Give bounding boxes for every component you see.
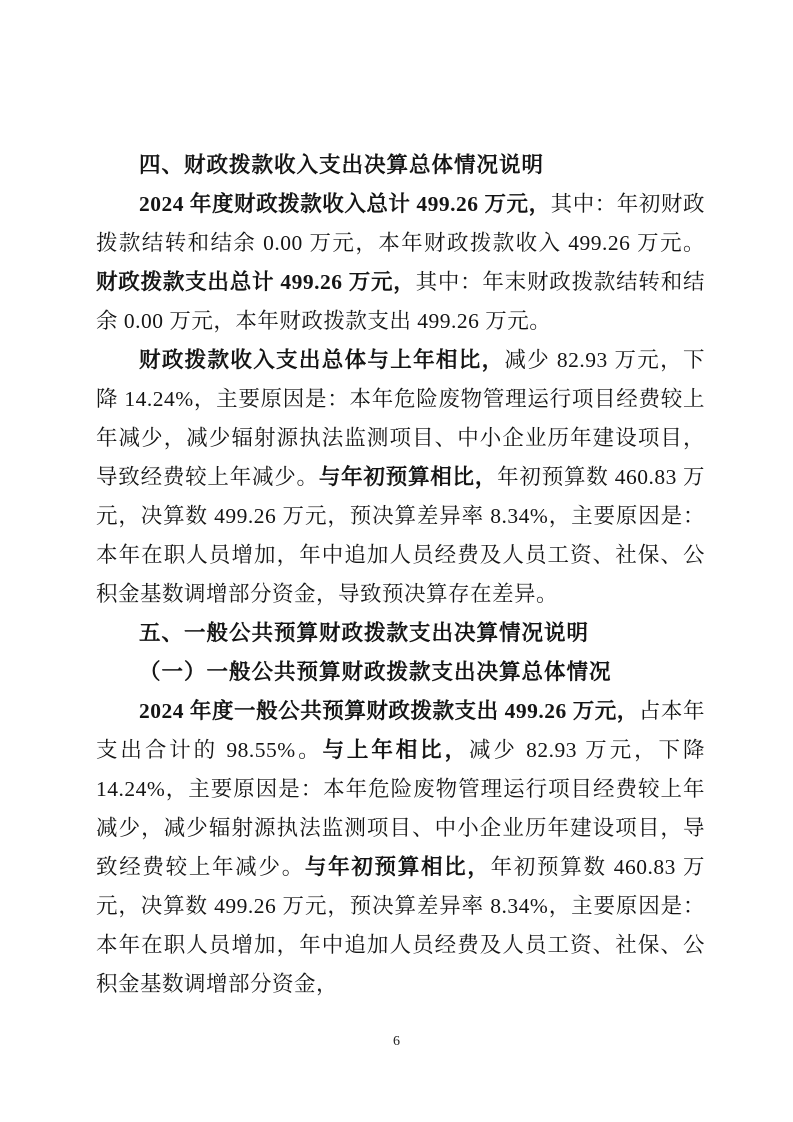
- text-run-bold: 财政拨款收入支出总体与上年相比，: [139, 348, 504, 372]
- text-run-bold: 与上年相比，: [323, 738, 470, 762]
- para-general-public-budget: 2024 年度一般公共预算财政拨款支出 499.26 万元，占本年支出合计的 9…: [96, 692, 705, 1004]
- para-fiscal-appropriation-overview: 2024 年度财政拨款收入总计 499.26 万元，其中：年初财政拨款结转和结余…: [96, 185, 705, 341]
- document-body: 四、财政拨款收入支出决算总体情况说明2024 年度财政拨款收入总计 499.26…: [96, 146, 705, 1004]
- text-run-bold: 与年初预算相比，: [305, 855, 491, 879]
- subsection-heading-one: （一）一般公共预算财政拨款支出决算总体情况: [96, 653, 705, 692]
- text-run-bold: 2024 年度财政拨款收入总计 499.26 万元，: [139, 192, 551, 216]
- document-page: 四、财政拨款收入支出决算总体情况说明2024 年度财政拨款收入总计 499.26…: [0, 0, 793, 1122]
- section-heading-four: 四、财政拨款收入支出决算总体情况说明: [96, 146, 705, 185]
- section-heading-five: 五、一般公共预算财政拨款支出决算情况说明: [96, 614, 705, 653]
- text-run-bold: 与年初预算相比，: [319, 465, 497, 489]
- para-fiscal-comparison: 财政拨款收入支出总体与上年相比，减少 82.93 万元，下降 14.24%，主要…: [96, 341, 705, 614]
- text-run-bold: 财政拨款支出总计 499.26 万元，: [96, 270, 416, 294]
- page-number: 6: [0, 1034, 793, 1050]
- text-run-bold: 2024 年度一般公共预算财政拨款支出 499.26 万元，: [139, 699, 639, 723]
